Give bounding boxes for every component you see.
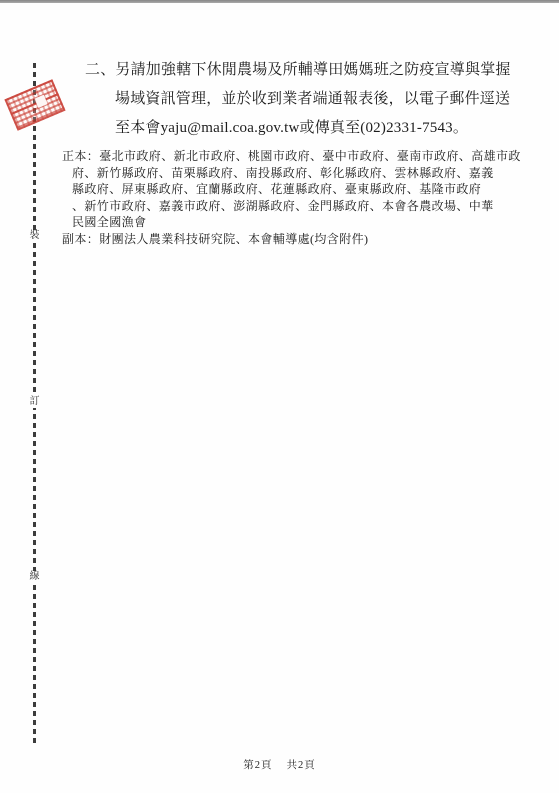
recipients-text: 臺北市政府、新北市政府、桃園市政府、臺中市政府、臺南市政府、高雄市政 <box>99 149 521 163</box>
recipients-line: 府、新竹縣政府、苗栗縣政府、南投縣政府、彰化縣政府、雲林縣政府、嘉義 <box>72 165 542 182</box>
receipt-stamp-icon <box>4 79 65 131</box>
paragraph-number: 二、 <box>85 62 115 78</box>
paragraph-text: 另請加強轄下休閒農場及所輔導田媽媽班之防疫宣導與掌握 <box>115 62 510 78</box>
paragraph-line: 場域資訊管理，並於收到業者端通報表後，以電子郵件逕送 <box>115 85 525 114</box>
distribution-block: 正本：臺北市政府、新北市政府、桃園市政府、臺中市政府、臺南市政府、高雄市政 府、… <box>62 148 542 247</box>
recipients-label: 正本： <box>62 149 99 163</box>
paragraph-2: 二、另請加強轄下休閒農場及所輔導田媽媽班之防疫宣導與掌握 場域資訊管理，並於收到… <box>85 56 525 143</box>
paragraph-line: 二、另請加強轄下休閒農場及所輔導田媽媽班之防疫宣導與掌握 <box>85 56 525 85</box>
page-number: 第2頁 <box>243 760 272 771</box>
cc-label: 副本： <box>62 232 99 246</box>
page-footer: 第2頁共2頁 <box>0 757 559 772</box>
binding-mark-ding: 訂 <box>26 396 43 408</box>
binding-mark-zhuang: 裝 <box>26 230 43 242</box>
scan-edge <box>0 0 559 3</box>
stamp-divider <box>12 94 57 115</box>
recipients-line: 正本：臺北市政府、新北市政府、桃園市政府、臺中市政府、臺南市政府、高雄市政 <box>62 148 542 165</box>
stamp-gap <box>34 95 47 108</box>
recipients-line: 民國全國漁會 <box>72 214 542 231</box>
recipients-line: 縣政府、屏東縣政府、宜蘭縣政府、花蓮縣政府、臺東縣政府、基隆市政府 <box>72 181 542 198</box>
cc-line: 副本：財團法人農業科技研究院、本會輔導處(均含附件) <box>62 231 542 248</box>
total-pages: 共2頁 <box>287 760 316 771</box>
document-page: 裝 訂 線 二、另請加強轄下休閒農場及所輔導田媽媽班之防疫宣導與掌握 場域資訊管… <box>0 0 559 793</box>
paragraph-line: 至本會yaju@mail.coa.gov.tw或傳真至(02)2331-7543… <box>115 114 525 143</box>
recipients-line: 、新竹市政府、嘉義市政府、澎湖縣政府、金門縣政府、本會各農改場、中華 <box>72 198 542 215</box>
cc-text: 財團法人農業科技研究院、本會輔導處(均含附件) <box>99 232 368 246</box>
binding-mark-xian: 線 <box>26 571 43 583</box>
